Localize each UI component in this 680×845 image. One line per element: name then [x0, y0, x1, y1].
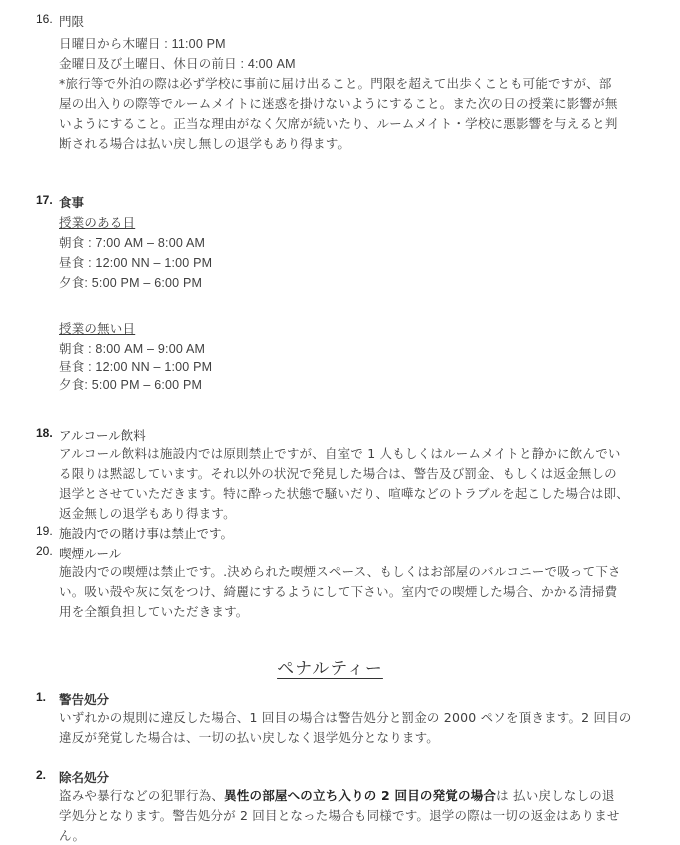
penalty-number: 2. [36, 768, 46, 782]
penalty-body: 盗みや暴行などの犯罪行為、異性の部屋への立ち入りの 2 回目の発覚の場合は 払い… [59, 786, 667, 845]
penalty-heading: ペナルティー [0, 654, 660, 679]
penalty-number: 1. [36, 690, 46, 704]
text-line: 違反が発覚した場合は、一切の払い戻しなく退学処分となります。 [59, 728, 667, 748]
rule-body: アルコール飲料は施設内では原則禁止ですが、自室で 1 人もしくはルームメイトと静… [59, 444, 667, 524]
text-line: 断される場合は払い戻し無しの退学もあり得ます。 [59, 134, 667, 154]
rule-title: 食事 [59, 193, 84, 211]
text-line: 退学とさせていただきます。特に酔った状態で騒いだり、喧嘩などのトラブルを起こした… [59, 484, 667, 504]
breakfast-time: 朝食 : 7:00 AM – 8:00 AM [59, 233, 667, 253]
text-line: 用を全額負担していただきます。 [59, 602, 667, 622]
text-line: 返金無しの退学もあり得ます。 [59, 504, 667, 524]
dinner-time: 夕食: 5:00 PM – 6:00 PM [59, 375, 667, 393]
dinner-time: 夕食: 5:00 PM – 6:00 PM [59, 273, 667, 293]
text-line: いずれかの規則に違反した場合、1 回目の場合は警告処分と罰金の 2000 ペソを… [59, 708, 667, 728]
penalty-title: 除名処分 [59, 768, 109, 786]
text-line: *旅行等で外泊の際は必ず学校に事前に届け出ること。門限を超えて出歩くことも可能で… [59, 74, 667, 94]
breakfast-time: 朝食 : 8:00 AM – 9:00 AM [59, 339, 667, 357]
rule-body: 日曜日から木曜日 : 11:00 PM 金曜日及び土曜日、休日の前日 : 4:0… [59, 34, 667, 154]
penalty-title: 警告処分 [59, 690, 109, 708]
text-line: 学処分となります。警告処分が 2 回目となった場合も同様です。退学の際は一切の返… [59, 806, 667, 826]
rule-number: 17. [36, 193, 53, 207]
no-class-days-heading: 授業の無い日 [59, 319, 667, 339]
text-line: 屋の出入りの際等でルームメイトに迷惑を掛けないようにすること。また次の日の授業に… [59, 94, 667, 114]
penalty-body: いずれかの規則に違反した場合、1 回目の場合は警告処分と罰金の 2000 ペソを… [59, 708, 667, 748]
rule-title: アルコール飲料 [59, 426, 146, 444]
document-page: 16. 門限 日曜日から木曜日 : 11:00 PM 金曜日及び土曜日、休日の前… [0, 0, 680, 845]
meals-no-class-days: 授業の無い日 朝食 : 8:00 AM – 9:00 AM 昼食 : 12:00… [59, 319, 667, 393]
text-line: ん。 [59, 826, 667, 845]
curfew-weekday: 日曜日から木曜日 : 11:00 PM [59, 34, 667, 54]
emphasis-text: 異性の部屋への立ち入りの 2 回目の発覚の場合 [224, 788, 496, 803]
class-days-heading: 授業のある日 [59, 213, 667, 233]
curfew-weekend: 金曜日及び土曜日、休日の前日 : 4:00 AM [59, 54, 667, 74]
text-line: いようにすること。正当な理由がなく欠席が続いたり、ルームメイト・学校に悪影響を与… [59, 114, 667, 134]
lunch-time: 昼食 : 12:00 NN – 1:00 PM [59, 357, 667, 375]
text-line: 施設内での喫煙は禁止です。.決められた喫煙スペース、もしくはお部屋のバルコニーで… [59, 562, 667, 582]
text-line: い。吸い殻や灰に気をつけ、綺麗にするようにして下さい。室内での喫煙した場合、かか… [59, 582, 667, 602]
text-line: アルコール飲料は施設内では原則禁止ですが、自室で 1 人もしくはルームメイトと静… [59, 444, 667, 464]
text-line: る限りは黙認しています。それ以外の状況で発見した場合は、警告及び罰金、もしくは返… [59, 464, 667, 484]
rule-number: 19. [36, 524, 53, 538]
rule-number: 20. [36, 544, 53, 558]
rule-title: 施設内での賭け事は禁止です。 [59, 524, 233, 542]
rule-title: 喫煙ルール [59, 544, 121, 562]
rule-number: 18. [36, 426, 53, 440]
text-line: 盗みや暴行などの犯罪行為、異性の部屋への立ち入りの 2 回目の発覚の場合は 払い… [59, 786, 667, 806]
meals-class-days: 授業のある日 朝食 : 7:00 AM – 8:00 AM 昼食 : 12:00… [59, 213, 667, 293]
lunch-time: 昼食 : 12:00 NN – 1:00 PM [59, 253, 667, 273]
rule-title: 門限 [59, 12, 84, 30]
rule-body: 施設内での喫煙は禁止です。.決められた喫煙スペース、もしくはお部屋のバルコニーで… [59, 562, 667, 622]
rule-number: 16. [36, 12, 53, 26]
